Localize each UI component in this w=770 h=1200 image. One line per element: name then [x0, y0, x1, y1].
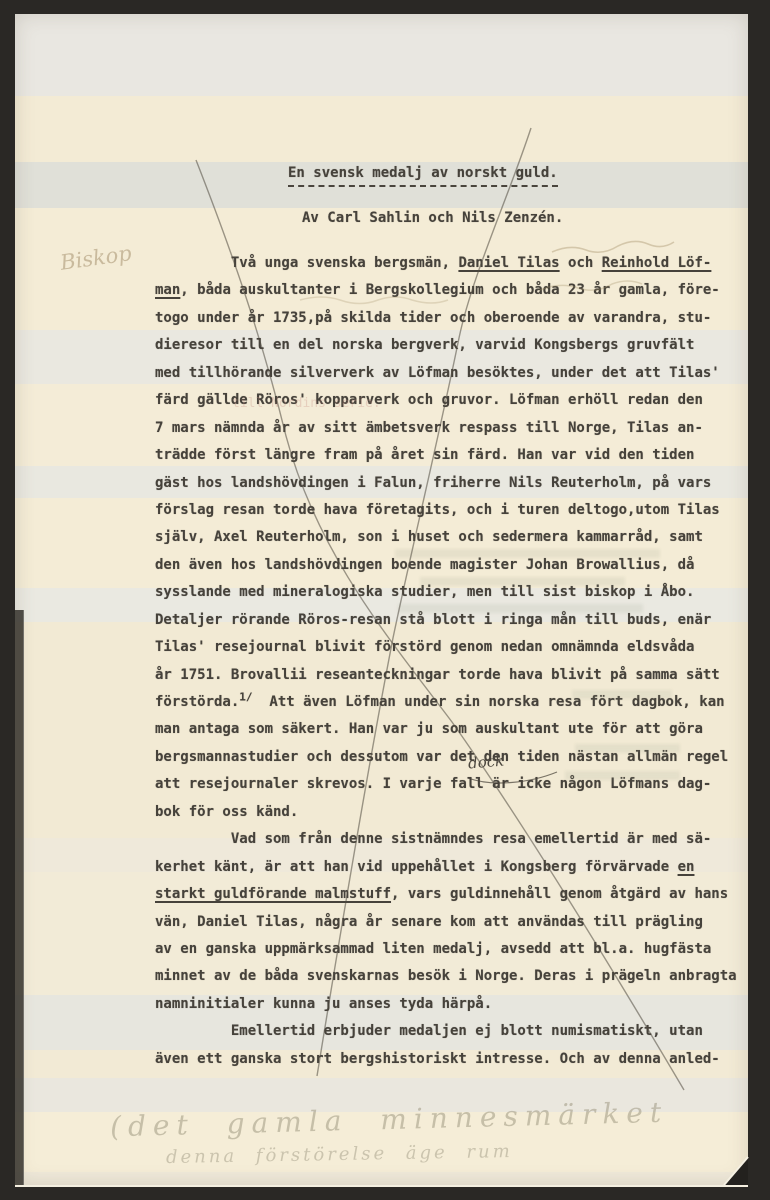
document-title: En svensk medalj av norskt guld.	[288, 165, 558, 187]
text-line: starkt guldförande malmstuff, vars guldi…	[155, 881, 737, 908]
text-line: togo under år 1735,på skilda tider och o…	[155, 305, 737, 332]
ghost-text-smudge	[575, 744, 680, 753]
text-line: dieresor till en del norska bergverk, va…	[155, 332, 737, 359]
text-line: bok för oss känd.	[155, 799, 737, 826]
text-line: minnet av de båda svenskarnas besök i No…	[155, 963, 737, 990]
text-line: man, båda auskultanter i Bergskollegium …	[155, 277, 737, 304]
text-line: vän, Daniel Tilas, några år senare kom a…	[155, 909, 737, 936]
text-line: Tilas' resejournal blivit förstörd genom…	[155, 634, 737, 661]
ghost-bleedthrough-note: till Nordins serie.	[232, 396, 381, 411]
text-line: själv, Axel Reuterholm, son i huset och …	[155, 524, 737, 551]
scanned-document-page: En svensk medalj av norskt guld. Av Carl…	[0, 0, 770, 1200]
text-line: Emellertid erbjuder medaljen ej blott nu…	[155, 1018, 737, 1045]
ghost-text-smudge	[572, 690, 672, 699]
ghost-text-smudge	[398, 604, 643, 613]
text-line: med tillhörande silververk av Löfman bes…	[155, 360, 737, 387]
text-line: kerhet känt, är att han vid uppehållet i…	[155, 854, 737, 881]
text-line: förslag resan torde hava företagits, och…	[155, 497, 737, 524]
text-line: Vad som från denne sistnämndes resa emel…	[155, 826, 737, 853]
text-line: trädde först längre fram på året sin fär…	[155, 442, 737, 469]
text-line: 7 mars nämnda år av sitt ämbetsverk resp…	[155, 415, 737, 442]
body-text: Två unga svenska bergsmän, Daniel Tilas …	[155, 250, 737, 1073]
text-line: år 1751. Brovallii reseanteckningar tord…	[155, 662, 737, 689]
text-line: Två unga svenska bergsmän, Daniel Tilas …	[155, 250, 737, 277]
ghost-text-smudge	[395, 549, 660, 558]
ghost-text-smudge	[420, 577, 625, 586]
underlying-sheet-edge	[15, 610, 24, 1185]
document-byline: Av Carl Sahlin och Nils Zenzén.	[302, 210, 563, 226]
text-line: gäst hos landshövdingen i Falun, friherr…	[155, 470, 737, 497]
text-line: man antaga som säkert. Han var ju som au…	[155, 716, 737, 743]
handwritten-correction-dock: dock	[467, 751, 505, 772]
text-line: namninitialer kunna ju anses tyda härpå.	[155, 991, 737, 1018]
text-line: även ett ganska stort bergshistoriskt in…	[155, 1046, 737, 1073]
ghost-text-smudge	[565, 771, 680, 780]
text-line: av en ganska uppmärksammad liten medalj,…	[155, 936, 737, 963]
